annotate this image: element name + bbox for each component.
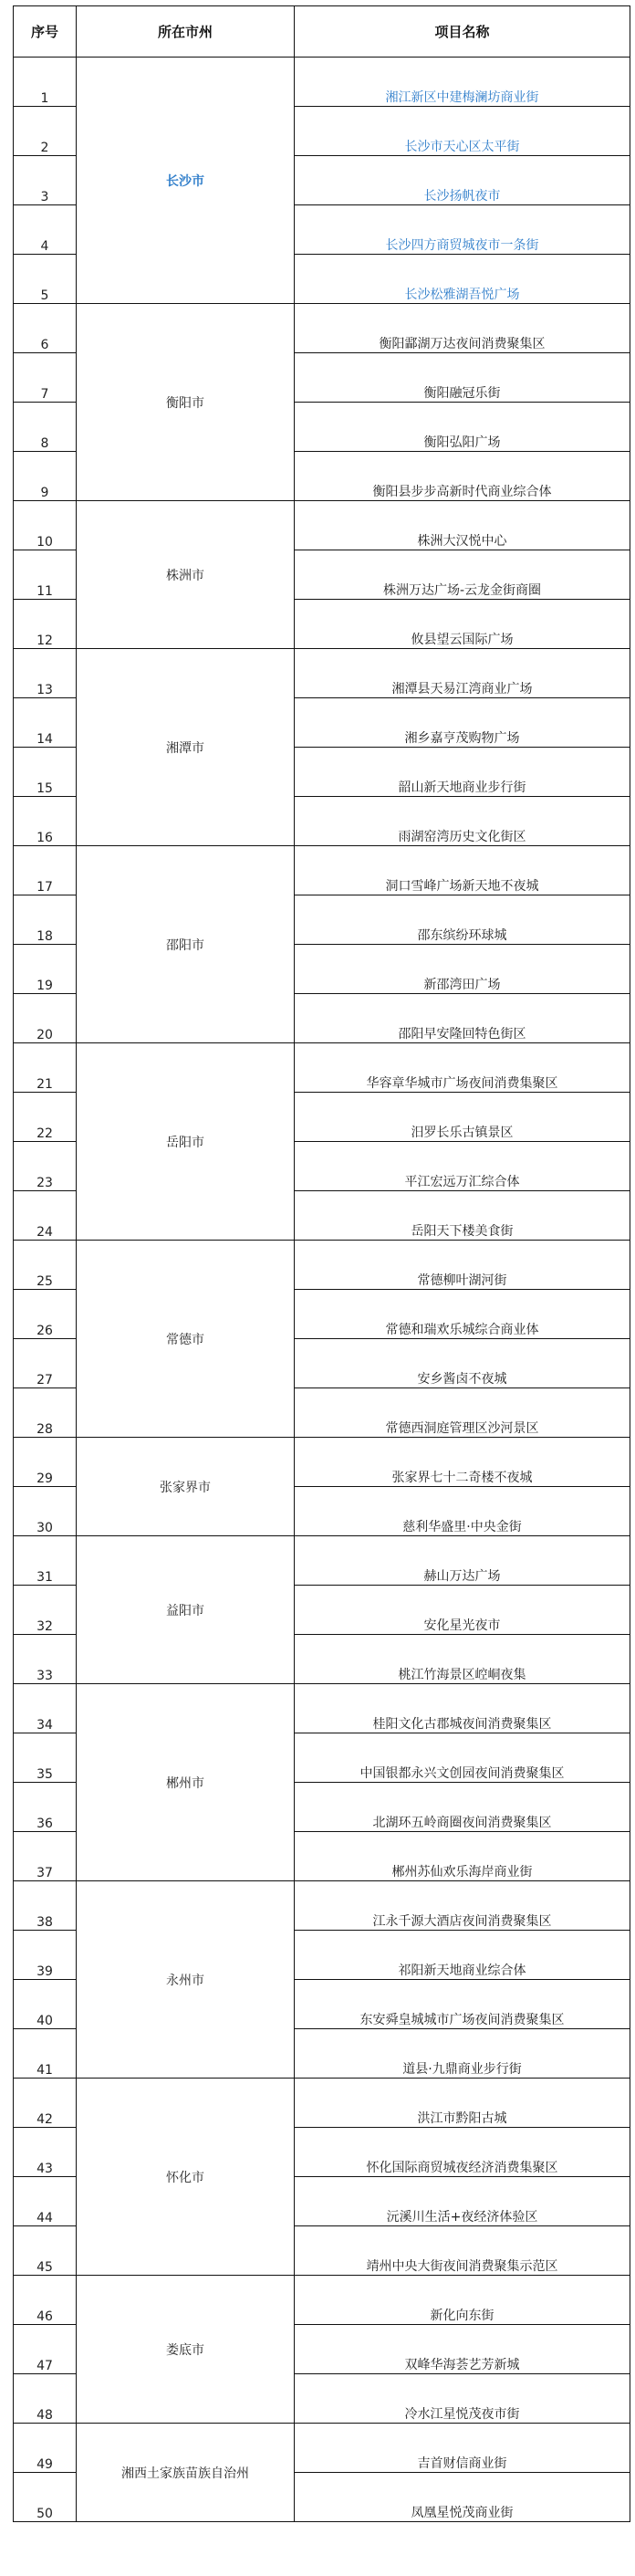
city-cell: 永州市 (77, 1881, 295, 2079)
header-project-name: 项目名称 (295, 6, 630, 58)
row-index: 47 (14, 2325, 77, 2374)
row-index: 6 (14, 304, 77, 353)
table-row: 25常德市常德柳叶湖河街 (14, 1241, 630, 1290)
project-name-cell: 邵东缤纷环球城 (295, 895, 630, 945)
row-index: 29 (14, 1438, 77, 1487)
row-index: 25 (14, 1241, 77, 1290)
city-cell: 常德市 (77, 1241, 295, 1438)
row-index: 11 (14, 550, 77, 600)
row-index: 39 (14, 1931, 77, 1980)
city-cell: 益阳市 (77, 1536, 295, 1684)
row-index: 22 (14, 1093, 77, 1142)
table-row: 10株洲市株洲大汉悦中心 (14, 501, 630, 550)
row-index: 41 (14, 2029, 77, 2079)
row-index: 33 (14, 1635, 77, 1684)
project-name-cell: 祁阳新天地商业综合体 (295, 1931, 630, 1980)
header-city: 所在市州 (77, 6, 295, 58)
table-row: 34郴州市桂阳文化古郡城夜间消费聚集区 (14, 1684, 630, 1733)
city-cell: 衡阳市 (77, 304, 295, 501)
table-row: 38永州市江永千源大酒店夜间消费聚集区 (14, 1881, 630, 1931)
row-index: 42 (14, 2079, 77, 2128)
project-name-cell: 常德和瑞欢乐城综合商业体 (295, 1290, 630, 1339)
project-name-cell: 新邵湾田广场 (295, 945, 630, 994)
row-index: 34 (14, 1684, 77, 1733)
project-name-cell: 华容章华城市广场夜间消费集聚区 (295, 1043, 630, 1093)
project-name-cell: 桃江竹海景区崆峒夜集 (295, 1635, 630, 1684)
project-name-cell: 江永千源大酒店夜间消费聚集区 (295, 1881, 630, 1931)
project-name-cell: 赫山万达广场 (295, 1536, 630, 1586)
city-cell: 株洲市 (77, 501, 295, 649)
table-row: 46娄底市新化向东街 (14, 2276, 630, 2325)
city-cell: 娄底市 (77, 2276, 295, 2424)
project-name-cell: 东安舜皇城城市广场夜间消费聚集区 (295, 1980, 630, 2029)
project-name-cell: 雨湖窑湾历史文化街区 (295, 797, 630, 846)
row-index: 13 (14, 649, 77, 698)
project-name-cell: 道县·九鼎商业步行街 (295, 2029, 630, 2079)
city-cell: 郴州市 (77, 1684, 295, 1881)
project-name-cell: 攸县望云国际广场 (295, 600, 630, 649)
row-index: 18 (14, 895, 77, 945)
row-index: 45 (14, 2226, 77, 2276)
row-index: 15 (14, 748, 77, 797)
project-name-cell: 郴州苏仙欢乐海岸商业街 (295, 1832, 630, 1881)
project-name-cell: 湘乡嘉亨茂购物广场 (295, 698, 630, 748)
project-name-cell: 衡阳融冠乐街 (295, 353, 630, 403)
header-index: 序号 (14, 6, 77, 58)
project-name-cell: 凤凰星悦茂商业街 (295, 2473, 630, 2522)
city-cell: 邵阳市 (77, 846, 295, 1043)
table-row: 29张家界市张家界七十二奇楼不夜城 (14, 1438, 630, 1487)
row-index: 44 (14, 2177, 77, 2226)
project-name-cell: 株洲大汉悦中心 (295, 501, 630, 550)
row-index: 16 (14, 797, 77, 846)
row-index: 30 (14, 1487, 77, 1536)
row-index: 38 (14, 1881, 77, 1931)
row-index: 35 (14, 1733, 77, 1783)
row-index: 9 (14, 452, 77, 501)
row-index: 27 (14, 1339, 77, 1388)
project-name-cell: 怀化国际商贸城夜经济消费集聚区 (295, 2128, 630, 2177)
city-cell: 张家界市 (77, 1438, 295, 1536)
project-name-cell: 安化星光夜市 (295, 1586, 630, 1635)
row-index: 26 (14, 1290, 77, 1339)
night-economy-project-table: 序号 所在市州 项目名称 1长沙市湘江新区中建梅澜坊商业街2长沙市天心区太平街3… (13, 5, 630, 2522)
city-cell: 岳阳市 (77, 1043, 295, 1241)
table-row: 49湘西土家族苗族自治州吉首财信商业街 (14, 2424, 630, 2473)
project-name-cell: 慈利华盛里·中央金街 (295, 1487, 630, 1536)
project-name-cell: 衡阳弘阳广场 (295, 403, 630, 452)
row-index: 21 (14, 1043, 77, 1093)
table-row: 31益阳市赫山万达广场 (14, 1536, 630, 1586)
table-row: 42怀化市洪江市黔阳古城 (14, 2079, 630, 2128)
project-name-cell: 湘江新区中建梅澜坊商业街 (295, 58, 630, 107)
row-index: 24 (14, 1191, 77, 1241)
project-name-cell: 安乡酱卤不夜城 (295, 1339, 630, 1388)
row-index: 10 (14, 501, 77, 550)
row-index: 8 (14, 403, 77, 452)
city-cell: 湘西土家族苗族自治州 (77, 2424, 295, 2522)
row-index: 17 (14, 846, 77, 895)
project-name-cell: 长沙四方商贸城夜市一条街 (295, 205, 630, 255)
row-index: 5 (14, 255, 77, 304)
row-index: 12 (14, 600, 77, 649)
row-index: 7 (14, 353, 77, 403)
row-index: 49 (14, 2424, 77, 2473)
row-index: 31 (14, 1536, 77, 1586)
project-name-cell: 株洲万达广场-云龙金街商圈 (295, 550, 630, 600)
row-index: 46 (14, 2276, 77, 2325)
project-name-cell: 湘潭县天易江湾商业广场 (295, 649, 630, 698)
project-name-cell: 靖州中央大街夜间消费聚集示范区 (295, 2226, 630, 2276)
row-index: 36 (14, 1783, 77, 1832)
project-name-cell: 洪江市黔阳古城 (295, 2079, 630, 2128)
project-name-cell: 洞口雪峰广场新天地不夜城 (295, 846, 630, 895)
row-index: 50 (14, 2473, 77, 2522)
project-name-cell: 岳阳天下楼美食街 (295, 1191, 630, 1241)
row-index: 4 (14, 205, 77, 255)
row-index: 14 (14, 698, 77, 748)
project-name-cell: 常德西洞庭管理区沙河景区 (295, 1388, 630, 1438)
row-index: 43 (14, 2128, 77, 2177)
project-name-cell: 双峰华海荟艺芳新城 (295, 2325, 630, 2374)
project-name-cell: 桂阳文化古郡城夜间消费聚集区 (295, 1684, 630, 1733)
table-row: 6衡阳市衡阳酃湖万达夜间消费聚集区 (14, 304, 630, 353)
project-name-cell: 北湖环五岭商圈夜间消费聚集区 (295, 1783, 630, 1832)
project-name-cell: 张家界七十二奇楼不夜城 (295, 1438, 630, 1487)
row-index: 48 (14, 2374, 77, 2424)
project-name-cell: 新化向东街 (295, 2276, 630, 2325)
project-name-cell: 衡阳县步步高新时代商业综合体 (295, 452, 630, 501)
row-index: 40 (14, 1980, 77, 2029)
project-name-cell: 韶山新天地商业步行街 (295, 748, 630, 797)
table-row: 1长沙市湘江新区中建梅澜坊商业街 (14, 58, 630, 107)
row-index: 32 (14, 1586, 77, 1635)
project-name-cell: 长沙扬帆夜市 (295, 156, 630, 205)
project-name-cell: 吉首财信商业街 (295, 2424, 630, 2473)
project-name-cell: 长沙松雅湖吾悦广场 (295, 255, 630, 304)
project-name-cell: 平江宏远万汇综合体 (295, 1142, 630, 1191)
project-name-cell: 汨罗长乐古镇景区 (295, 1093, 630, 1142)
project-name-cell: 沅溪川生活+夜经济体验区 (295, 2177, 630, 2226)
project-name-cell: 衡阳酃湖万达夜间消费聚集区 (295, 304, 630, 353)
table-row: 21岳阳市华容章华城市广场夜间消费集聚区 (14, 1043, 630, 1093)
header-row: 序号 所在市州 项目名称 (14, 6, 630, 58)
project-name-cell: 邵阳早安隆回特色街区 (295, 994, 630, 1043)
row-index: 28 (14, 1388, 77, 1438)
row-index: 2 (14, 107, 77, 156)
row-index: 19 (14, 945, 77, 994)
table-body: 1长沙市湘江新区中建梅澜坊商业街2长沙市天心区太平街3长沙扬帆夜市4长沙四方商贸… (14, 58, 630, 2522)
row-index: 37 (14, 1832, 77, 1881)
project-name-cell: 冷水江星悦茂夜市街 (295, 2374, 630, 2424)
row-index: 3 (14, 156, 77, 205)
project-name-cell: 常德柳叶湖河街 (295, 1241, 630, 1290)
city-cell: 怀化市 (77, 2079, 295, 2276)
city-cell: 湘潭市 (77, 649, 295, 846)
row-index: 20 (14, 994, 77, 1043)
project-name-cell: 中国银都永兴文创园夜间消费聚集区 (295, 1733, 630, 1783)
project-name-cell: 长沙市天心区太平街 (295, 107, 630, 156)
table-row: 17邵阳市洞口雪峰广场新天地不夜城 (14, 846, 630, 895)
table-row: 13湘潭市湘潭县天易江湾商业广场 (14, 649, 630, 698)
row-index: 1 (14, 58, 77, 107)
row-index: 23 (14, 1142, 77, 1191)
city-cell: 长沙市 (77, 58, 295, 304)
